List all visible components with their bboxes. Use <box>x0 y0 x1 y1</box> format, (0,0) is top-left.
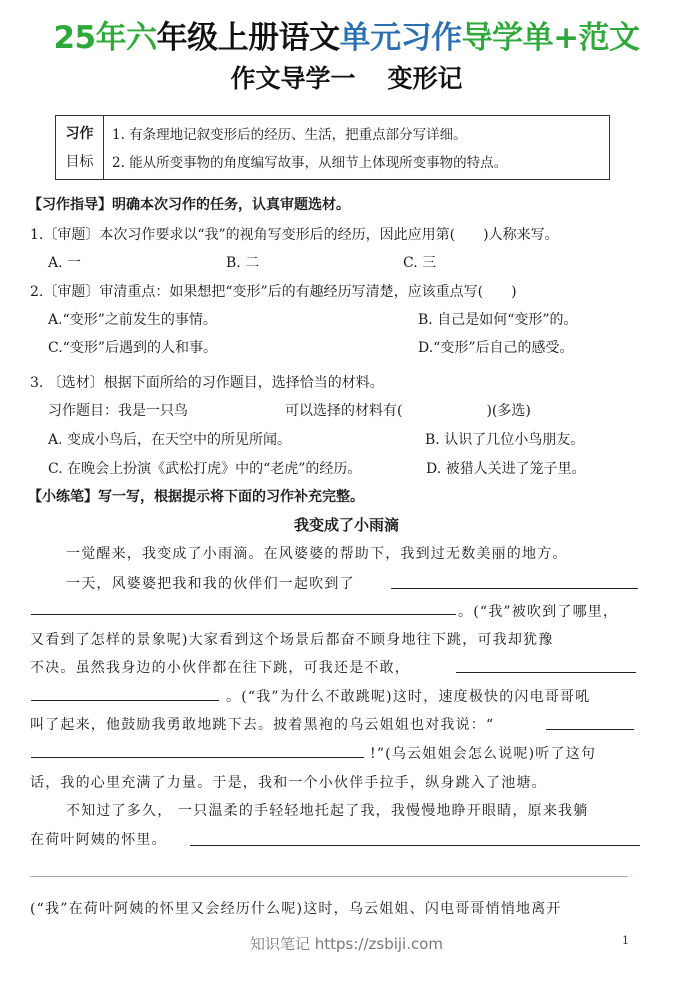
story-line: 话，我的心里充满了力量。于是，我和一个小伙伴手拉手，纵身跳入了池塘。 <box>30 772 547 792</box>
page-number: 1 <box>622 934 629 947</box>
question-2-option-d[interactable]: D.“变形”后自己的感受。 <box>418 337 574 357</box>
question-2-option-c[interactable]: C.“变形”后遇到的人和事。 <box>48 337 217 357</box>
subtitle-lesson: 作文导学一 <box>230 64 355 93</box>
watermark: 知识笔记 https://zsbiji.com <box>0 933 693 954</box>
story-line: 一天，风婆婆把我和我的伙伴们一起吹到了 <box>66 573 355 593</box>
question-1-option-b[interactable]: B. 二 <box>226 252 259 272</box>
answer-blank-3b[interactable] <box>31 757 364 758</box>
answer-blank-1b[interactable] <box>31 614 456 615</box>
story-line: 。(“我”被吹到了哪里， <box>458 601 618 621</box>
goals-table: 习作 目标 1. 有条理地记叙变形后的经历、生活，把重点部分写详细。 2. 能从… <box>55 115 610 180</box>
title-part-guide: 导学单+范文 <box>462 20 640 56</box>
story-line-end: 。 <box>630 869 637 879</box>
story-line: (“我”在荷叶阿姨的怀里又会经历什么呢)这时，乌云姐姐、闪电哥哥悄悄地离开 <box>30 898 562 918</box>
question-1-option-c[interactable]: C. 三 <box>403 252 436 272</box>
question-3-topic: 习作题目：我是一只鸟 <box>48 400 188 420</box>
question-3-prompt: 可以选择的材料有( )(多选) <box>285 400 531 420</box>
story-line: 在荷叶阿姨的怀里。 <box>30 829 167 849</box>
story-line: !”(乌云姐姐会怎么说呢)听了这句 <box>370 743 596 763</box>
subtitle-topic: 变形记 <box>388 64 463 93</box>
story-line: 不决。虽然我身边的小伙伴都在往下跳，可我还是不敢， <box>30 657 410 677</box>
question-3-stem: 3. 〔选材〕根据下面所给的习作题目，选择恰当的材料。 <box>30 372 384 392</box>
goals-list: 1. 有条理地记叙变形后的经历、生活，把重点部分写详细。 2. 能从所变事物的角… <box>112 121 507 177</box>
goals-label-line2: 目标 <box>56 148 103 176</box>
goal-item: 1. 有条理地记叙变形后的经历、生活，把重点部分写详细。 <box>112 121 507 149</box>
answer-blank-2a[interactable] <box>456 672 636 673</box>
question-2-stem: 2.〔审题〕审清重点：如果想把“变形”后的有趣经历写清楚，应该重点写( ) <box>30 281 517 301</box>
story-line: 。(“我”为什么不敢跳呢)这时，速度极快的闪电哥哥吼 <box>226 686 590 706</box>
document-subtitle: 作文导学一变形记 <box>0 62 693 96</box>
title-part-unit: 单元习作 <box>340 20 462 56</box>
question-1-option-a[interactable]: A. 一 <box>48 252 81 272</box>
practice-heading: 【小练笔】写一写，根据提示将下面的习作补充完整。 <box>28 486 364 506</box>
answer-blank-4b[interactable] <box>30 876 628 877</box>
story-title: 我变成了小雨滴 <box>0 514 693 535</box>
answer-blank-4a[interactable] <box>190 845 640 846</box>
guidance-heading: 【习作指导】明确本次习作的任务，认真审题选材。 <box>28 194 350 214</box>
story-line: 一觉醒来，我变成了小雨滴。在风婆婆的帮助下，我到过无数美丽的地方。 <box>66 543 568 563</box>
question-3-option-d[interactable]: D. 被猎人关进了笼子里。 <box>426 458 586 478</box>
answer-blank-2b[interactable] <box>31 700 219 701</box>
goal-item: 2. 能从所变事物的角度编写故事，从细节上体现所变事物的特点。 <box>112 149 507 177</box>
story-line: 又看到了怎样的景象呢)大家看到这个场景后都奋不顾身地往下跳，可我却犹豫 <box>30 629 553 649</box>
title-part-subject: 年级上册语文 <box>157 20 340 56</box>
question-3-option-c[interactable]: C. 在晚会上扮演《武松打虎》中的“老虎”的经历。 <box>48 458 361 478</box>
story-line: 不知过了多久， 一只温柔的手轻轻地托起了我，我慢慢地睁开眼睛，原来我躺 <box>66 800 588 820</box>
question-2-option-b[interactable]: B. 自己是如何“变形”的。 <box>418 309 578 329</box>
story-line: 叫了起来，他鼓励我勇敢地跳下去。披着黑袍的乌云姐姐也对我说：“ <box>30 714 494 734</box>
goals-label: 习作 目标 <box>56 116 104 179</box>
question-2-option-a[interactable]: A.“变形”之前发生的事情。 <box>48 309 217 329</box>
answer-blank-3a[interactable] <box>546 729 634 730</box>
question-3-option-b[interactable]: B. 认识了几位小鸟朋友。 <box>425 429 584 449</box>
answer-blank-1a[interactable] <box>391 588 638 589</box>
question-3-option-a[interactable]: A. 变成小鸟后，在天空中的所见所闻。 <box>48 429 291 449</box>
document-title: 25年六年级上册语文单元习作导学单+范文 <box>0 18 693 58</box>
title-part-grade: 25年六 <box>53 20 156 56</box>
goals-label-line1: 习作 <box>56 120 103 148</box>
question-1-stem: 1.〔审题〕本次习作要求以“我”的视角写变形后的经历，因此应用第( )人称来写。 <box>30 224 559 244</box>
